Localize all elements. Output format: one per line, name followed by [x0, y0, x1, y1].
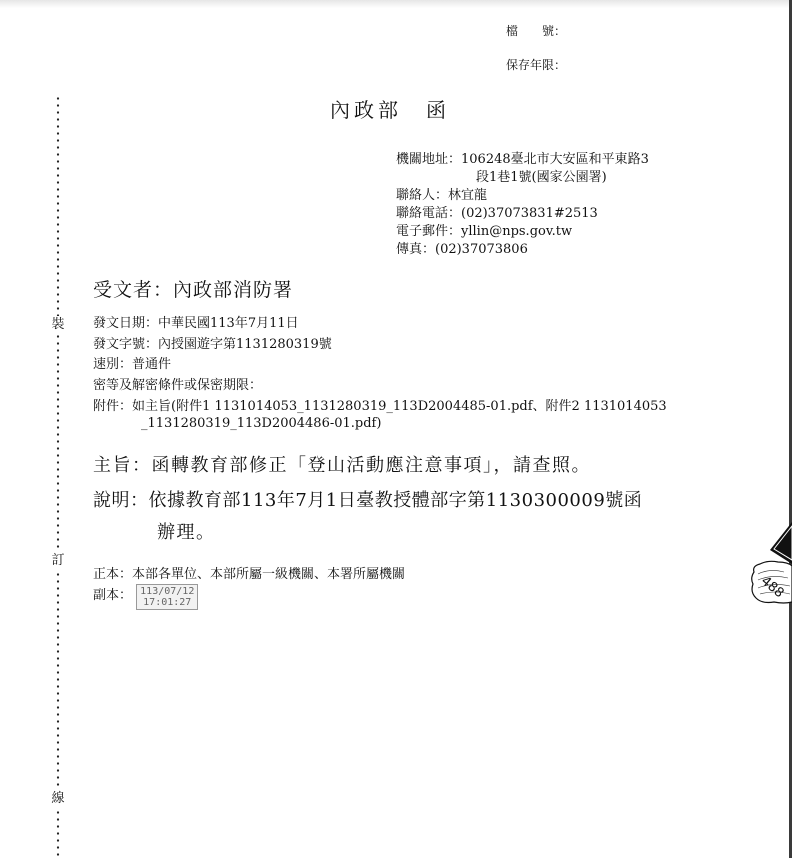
attachments-line1: 附件：如主旨(附件1 1131014053_1131280319_113D200…: [93, 398, 667, 415]
sender-contact: 聯絡人：林宜龍: [396, 187, 649, 205]
retention-period-label: 保存年限：: [506, 57, 566, 74]
binding-dotted-line: [56, 95, 60, 858]
sender-phone: 聯絡電話：(02)37073831#2513: [396, 205, 649, 223]
sender-fax: 傳真：(02)37073806: [396, 241, 649, 259]
binding-label-middle: 訂: [49, 552, 67, 570]
distribution-main: 正本：本部各單位、本部所屬一級機關、本署所屬機關: [93, 563, 405, 582]
document-meta: 發文日期：中華民國113年7月11日 發文字號：內授園遊字第1131280319…: [93, 314, 667, 432]
document-number: 發文字號：內授園遊字第1131280319號: [93, 335, 667, 356]
issue-date: 發文日期：中華民國113年7月11日: [93, 314, 667, 335]
page-top-shadow: [0, 0, 792, 8]
official-seal-icon: 488: [750, 522, 792, 612]
cc-label: 副本：: [93, 588, 132, 603]
explanation-line2: 辦理。: [157, 518, 216, 544]
subject-line: 主旨：函轉教育部修正「登山活動應注意事項」，請查照。: [93, 451, 591, 477]
sender-address-line1: 機關地址：106248臺北市大安區和平東路3: [396, 151, 649, 169]
binding-label-bottom: 線: [49, 790, 67, 808]
sender-email: 電子郵件：yllin@nps.gov.tw: [396, 223, 649, 241]
stamp-time: 17:01:27: [140, 597, 194, 608]
attachments-line2: _1131280319_113D2004486-01.pdf): [93, 415, 667, 432]
stamp-date: 113/07/12: [140, 586, 194, 597]
secrecy-level: 密等及解密條件或保密期限：: [93, 376, 667, 397]
distribution-cc: 副本： 113/07/12 17:01:27: [93, 584, 198, 610]
sender-address-line2: 段1巷1號(國家公園署): [396, 169, 649, 187]
binding-label-top: 裝: [49, 316, 67, 334]
electronic-exchange-stamp: 113/07/12 17:01:27: [136, 584, 198, 610]
explanation-line1: 說明：依據教育部113年7月1日臺教授體部字第1130300009號函: [93, 486, 642, 512]
sender-info-block: 機關地址：106248臺北市大安區和平東路3 段1巷1號(國家公園署) 聯絡人：…: [396, 151, 649, 259]
delivery-speed: 速別：普通件: [93, 355, 667, 376]
recipient: 受文者：內政部消防署: [93, 275, 293, 302]
document-title: 內政部 函: [330, 94, 450, 123]
file-number-label: 檔 號：: [506, 23, 566, 40]
